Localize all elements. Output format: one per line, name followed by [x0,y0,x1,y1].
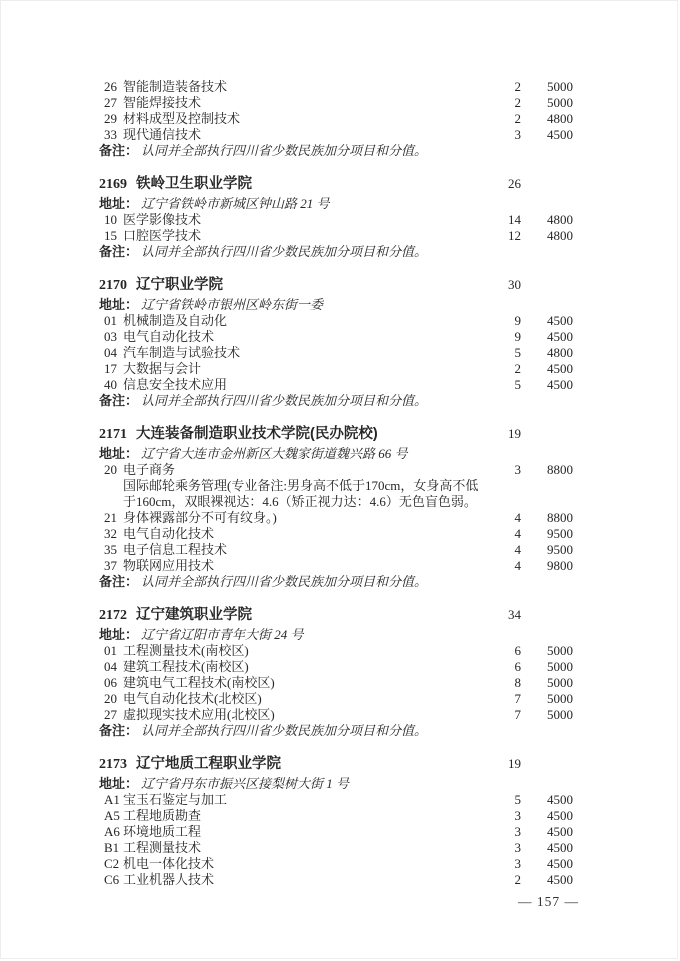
remark-text: 认同并全部执行四川省少数民族加分项目和分值。 [141,244,427,260]
major-count: 4 [491,542,529,558]
major-count: 2 [491,79,529,95]
major-fee: 4500 [529,127,573,143]
major-code: 37 [104,558,123,574]
major-name: 电子信息工程技术 [123,542,491,558]
major-count: 5 [491,377,529,393]
major-name: 宝玉石鉴定与加工 [123,792,491,808]
major-fee: 5000 [529,659,573,675]
major-name: 国际邮轮乘务管理(专业备注:男身高不低于170cm，女身高不低于160cm，双眼… [123,478,491,526]
major-name: 智能制造装备技术 [123,79,491,95]
major-fee: 4500 [529,313,573,329]
major-code: 15 [104,228,123,244]
major-code: 01 [104,643,123,659]
major-name: 汽车制造与试验技术 [123,345,491,361]
major-name: 口腔医学技术 [123,228,491,244]
major-count: 3 [491,840,529,856]
major-fee: 4500 [529,329,573,345]
major-name: 智能焊接技术 [123,95,491,111]
major-fee: 4500 [529,377,573,393]
address-label: 地址： [99,627,138,643]
major-row: 27 虚拟现实技术应用(北校区) 7 5000 [99,707,573,723]
college-section-2169: 2169 铁岭卫生职业学院 26 地址： 辽宁省铁岭市新城区钟山路 21 号 1… [99,175,573,260]
remark-text: 认同并全部执行四川省少数民族加分项目和分值。 [141,723,427,739]
major-fee: 4800 [529,228,573,244]
college-header: 2172 辽宁建筑职业学院 34 [99,606,573,625]
major-row: 04 汽车制造与试验技术 5 4800 [99,345,573,361]
major-name: 机械制造及自动化 [123,313,491,329]
major-code: A6 [104,824,123,840]
remark-text: 认同并全部执行四川省少数民族加分项目和分值。 [141,574,427,590]
major-fee: 8800 [529,462,573,478]
major-row: 32 电气自动化技术 4 9500 [99,526,573,542]
major-name: 虚拟现实技术应用(北校区) [123,707,491,723]
remark-line: 备注： 认同并全部执行四川省少数民族加分项目和分值。 [99,574,573,590]
major-fee: 9500 [529,526,573,542]
major-count: 2 [491,872,529,888]
major-name: 工程测量技术(南校区) [123,643,491,659]
major-code: 32 [104,526,123,542]
major-row: A1 宝玉石鉴定与加工 5 4500 [99,792,573,808]
major-row: A5 工程地质勘查 3 4500 [99,808,573,824]
major-row: 20 电气自动化技术(北校区) 7 5000 [99,691,573,707]
college-code: 2170 [99,277,127,295]
major-count: 2 [491,111,529,127]
major-code: 27 [104,707,123,723]
major-code: 33 [104,127,123,143]
major-count: 4 [491,558,529,574]
major-count: 6 [491,659,529,675]
major-count: 12 [491,228,529,244]
address-line: 地址： 辽宁省辽阳市青年大街 24 号 [99,627,573,643]
remark-line: 备注： 认同并全部执行四川省少数民族加分项目和分值。 [99,723,573,739]
major-name: 材料成型及控制技术 [123,111,491,127]
major-fee: 5000 [529,95,573,111]
major-count: 3 [491,824,529,840]
remark-text: 认同并全部执行四川省少数民族加分项目和分值。 [141,393,427,409]
college-name: 铁岭卫生职业学院 [136,175,491,193]
major-fee: 4500 [529,824,573,840]
college-header: 2169 铁岭卫生职业学院 26 [99,175,573,194]
major-fee: 5000 [529,79,573,95]
major-name: 工程测量技术 [123,840,491,856]
major-name: 大数据与会计 [123,361,491,377]
major-name: 机电一体化技术 [123,856,491,872]
major-fee: 4500 [529,872,573,888]
major-name: 电气自动化技术(北校区) [123,691,491,707]
major-code: 04 [104,659,123,675]
major-code: 04 [104,345,123,361]
college-total: 34 [491,606,529,624]
major-count: 9 [491,329,529,345]
address-line: 地址： 辽宁省大连市金州新区大魏家街道魏兴路 66 号 [99,446,573,462]
major-fee: 9500 [529,542,573,558]
address-label: 地址： [99,196,138,212]
major-row: A6 环境地质工程 3 4500 [99,824,573,840]
address-text: 辽宁省大连市金州新区大魏家街道魏兴路 66 号 [141,446,408,462]
remark-label: 备注： [99,723,138,739]
major-row: 27 智能焊接技术 2 5000 [99,95,573,111]
major-code: 17 [104,361,123,377]
major-code: C2 [104,856,123,872]
major-count: 6 [491,643,529,659]
major-fee: 5000 [529,675,573,691]
college-total: 30 [491,276,529,294]
college-header: 2170 辽宁职业学院 30 [99,276,573,295]
major-code: 26 [104,79,123,95]
major-name: 信息安全技术应用 [123,377,491,393]
major-count: 9 [491,313,529,329]
college-section-2170: 2170 辽宁职业学院 30 地址： 辽宁省铁岭市银州区岭东街一委 01 机械制… [99,276,573,409]
major-name: 电子商务 [123,462,491,478]
college-section-2171: 2171 大连装备制造职业技术学院(民办院校) 19 地址： 辽宁省大连市金州新… [99,425,573,590]
major-fee: 5000 [529,643,573,659]
major-count: 5 [491,345,529,361]
college-code: 2172 [99,607,127,625]
major-fee: 9800 [529,558,573,574]
major-name: 工业机器人技术 [123,872,491,888]
major-fee: 4500 [529,840,573,856]
major-fee: 4800 [529,345,573,361]
major-name: 现代通信技术 [123,127,491,143]
major-code: 35 [104,542,123,558]
major-count: 8 [491,675,529,691]
major-row: 37 物联网应用技术 4 9800 [99,558,573,574]
major-count: 3 [491,808,529,824]
major-row: C2 机电一体化技术 3 4500 [99,856,573,872]
major-count: 7 [491,707,529,723]
major-row: 01 工程测量技术(南校区) 6 5000 [99,643,573,659]
remark-label: 备注： [99,244,138,260]
major-row: 15 口腔医学技术 12 4800 [99,228,573,244]
major-row: 03 电气自动化技术 9 4500 [99,329,573,345]
major-row: 21 国际邮轮乘务管理(专业备注:男身高不低于170cm，女身高不低于160cm… [99,478,573,526]
major-name: 物联网应用技术 [123,558,491,574]
address-line: 地址： 辽宁省铁岭市新城区钟山路 21 号 [99,196,573,212]
address-line: 地址： 辽宁省丹东市振兴区接梨树大街 1 号 [99,776,573,792]
major-fee: 8800 [529,510,573,526]
major-name: 电气自动化技术 [123,526,491,542]
major-row: 17 大数据与会计 2 4500 [99,361,573,377]
major-count: 3 [491,462,529,478]
address-text: 辽宁省铁岭市新城区钟山路 21 号 [141,196,330,212]
major-code: 01 [104,313,123,329]
major-count: 7 [491,691,529,707]
college-name: 辽宁地质工程职业学院 [136,755,491,773]
major-code: 40 [104,377,123,393]
document-page: 26 智能制造装备技术 2 5000 27 智能焊接技术 2 5000 29 材… [0,0,678,959]
college-section-2173: 2173 辽宁地质工程职业学院 19 地址： 辽宁省丹东市振兴区接梨树大街 1 … [99,755,573,888]
major-row: 04 建筑工程技术(南校区) 6 5000 [99,659,573,675]
major-row: 20 电子商务 3 8800 [99,462,573,478]
major-count: 4 [491,510,529,526]
remark-line: 备注： 认同并全部执行四川省少数民族加分项目和分值。 [99,244,573,260]
major-count: 2 [491,361,529,377]
major-code: 06 [104,675,123,691]
major-code: B1 [104,840,123,856]
college-name: 大连装备制造职业技术学院(民办院校) [136,425,491,443]
remark-text: 认同并全部执行四川省少数民族加分项目和分值。 [141,143,427,159]
remark-line: 备注： 认同并全部执行四川省少数民族加分项目和分值。 [99,393,573,409]
major-name: 建筑工程技术(南校区) [123,659,491,675]
major-fee: 5000 [529,707,573,723]
major-row: B1 工程测量技术 3 4500 [99,840,573,856]
major-code: A1 [104,792,123,808]
major-row: 10 医学影像技术 14 4800 [99,212,573,228]
major-name: 建筑电气工程技术(南校区) [123,675,491,691]
major-count: 2 [491,95,529,111]
major-row: 35 电子信息工程技术 4 9500 [99,542,573,558]
major-code: 03 [104,329,123,345]
college-name: 辽宁建筑职业学院 [136,606,491,624]
major-fee: 4500 [529,808,573,824]
major-row: 40 信息安全技术应用 5 4500 [99,377,573,393]
college-header: 2171 大连装备制造职业技术学院(民办院校) 19 [99,425,573,444]
college-section-2172: 2172 辽宁建筑职业学院 34 地址： 辽宁省辽阳市青年大街 24 号 01 … [99,606,573,739]
address-label: 地址： [99,297,138,313]
major-row: 06 建筑电气工程技术(南校区) 8 5000 [99,675,573,691]
major-row: 01 机械制造及自动化 9 4500 [99,313,573,329]
address-line: 地址： 辽宁省铁岭市银州区岭东街一委 [99,297,573,313]
major-row: 29 材料成型及控制技术 2 4800 [99,111,573,127]
remark-line: 备注： 认同并全部执行四川省少数民族加分项目和分值。 [99,143,573,159]
major-name: 医学影像技术 [123,212,491,228]
major-row: 26 智能制造装备技术 2 5000 [99,79,573,95]
major-fee: 4500 [529,361,573,377]
major-row: 33 现代通信技术 3 4500 [99,127,573,143]
college-total: 26 [491,175,529,193]
major-row: C6 工业机器人技术 2 4500 [99,872,573,888]
continued-majors-section: 26 智能制造装备技术 2 5000 27 智能焊接技术 2 5000 29 材… [99,79,573,159]
major-count: 3 [491,127,529,143]
major-fee: 5000 [529,691,573,707]
major-name: 电气自动化技术 [123,329,491,345]
college-total: 19 [491,425,529,443]
major-count: 3 [491,856,529,872]
address-label: 地址： [99,446,138,462]
major-code: 27 [104,95,123,111]
major-code: 10 [104,212,123,228]
college-name: 辽宁职业学院 [136,276,491,294]
address-text: 辽宁省铁岭市银州区岭东街一委 [141,297,323,313]
major-code: A5 [104,808,123,824]
major-count: 4 [491,526,529,542]
address-text: 辽宁省辽阳市青年大街 24 号 [141,627,304,643]
address-text: 辽宁省丹东市振兴区接梨树大街 1 号 [141,776,349,792]
major-fee: 4500 [529,792,573,808]
major-fee: 4800 [529,111,573,127]
major-code: 20 [104,691,123,707]
remark-label: 备注： [99,393,138,409]
college-code: 2173 [99,756,127,774]
college-header: 2173 辽宁地质工程职业学院 19 [99,755,573,774]
page-number: — 157 — [518,894,579,910]
major-code: C6 [104,872,123,888]
major-code: 29 [104,111,123,127]
remark-label: 备注： [99,574,138,590]
college-code: 2169 [99,176,127,194]
admission-list: 26 智能制造装备技术 2 5000 27 智能焊接技术 2 5000 29 材… [99,79,573,904]
college-code: 2171 [99,426,127,444]
college-total: 19 [491,755,529,773]
major-count: 5 [491,792,529,808]
address-label: 地址： [99,776,138,792]
major-count: 14 [491,212,529,228]
major-name: 环境地质工程 [123,824,491,840]
major-fee: 4500 [529,856,573,872]
major-name: 工程地质勘查 [123,808,491,824]
major-code: 20 [104,462,123,478]
remark-label: 备注： [99,143,138,159]
major-fee: 4800 [529,212,573,228]
major-code: 21 [104,510,123,526]
